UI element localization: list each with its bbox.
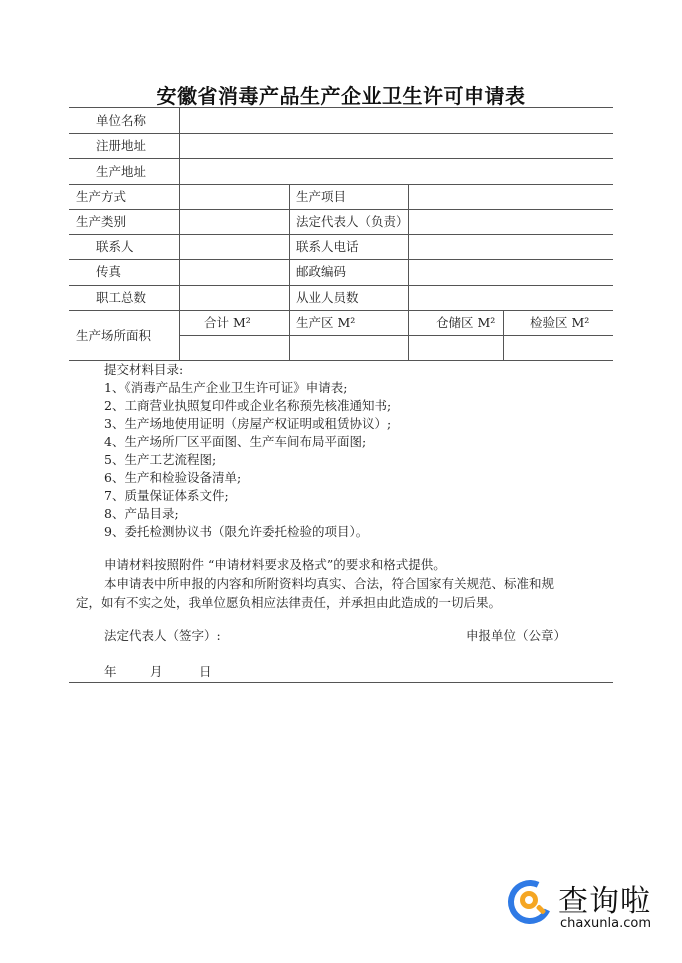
field-production-mode[interactable] (182, 184, 287, 209)
field-contact-phone[interactable] (411, 234, 611, 259)
note-declaration-cont: 定，如有不实之处，我单位愿负相应法律责任，并承担由此造成的一切后果。 (76, 594, 501, 612)
field-production-item[interactable] (411, 184, 611, 209)
field-legal-representative[interactable] (411, 209, 611, 234)
signature-bottom-rule (69, 682, 613, 683)
materials-heading: 提交材料目录: (104, 361, 183, 379)
watermark-logo: 查询啦 chaxunla.com (508, 876, 668, 936)
label-production-category: 生产类别 (76, 209, 126, 234)
date-year-label: 年 (104, 663, 117, 681)
header-area-inspection: 检验区 M² (530, 310, 589, 335)
label-registered-address: 注册地址 (96, 133, 146, 158)
logo-brand-text: 查询啦 (558, 876, 651, 920)
field-area-production[interactable] (292, 335, 406, 360)
field-area-inspection[interactable] (506, 335, 611, 360)
date-month-label: 月 (150, 663, 163, 681)
field-area-storage[interactable] (411, 335, 501, 360)
field-postal-code[interactable] (411, 259, 611, 284)
field-fax[interactable] (182, 259, 287, 284)
field-area-total[interactable] (182, 335, 287, 360)
table-col-divider (289, 184, 290, 360)
field-practitioners[interactable] (411, 285, 611, 310)
materials-item: 6、生产和检验设备清单; (104, 469, 241, 487)
materials-item: 5、生产工艺流程图; (104, 451, 216, 469)
field-unit-name[interactable] (182, 108, 610, 133)
field-registered-address[interactable] (182, 133, 610, 158)
header-area-production: 生产区 M² (296, 310, 355, 335)
label-postal-code: 邮政编码 (296, 259, 346, 284)
header-area-total: 合计 M² (204, 310, 251, 335)
label-production-mode: 生产方式 (76, 184, 126, 209)
legal-rep-signature-label: 法定代表人（签字）: (104, 627, 221, 645)
note-format: 申请材料按照附件 “申请材料要求及格式”的要求和格式提供。 (104, 556, 446, 574)
label-practitioners: 从业人员数 (296, 285, 359, 310)
label-total-staff: 职工总数 (96, 285, 146, 310)
table-col-divider (503, 310, 504, 360)
field-total-staff[interactable] (182, 285, 287, 310)
materials-item: 2、工商营业执照复印件或企业名称预先核准通知书; (104, 397, 391, 415)
header-area-storage: 仓储区 M² (436, 310, 495, 335)
label-production-item: 生产项目 (296, 184, 346, 209)
field-production-address[interactable] (182, 159, 610, 184)
materials-item: 7、质量保证体系文件; (104, 487, 229, 505)
table-col-divider (179, 107, 180, 360)
date-day-label: 日 (199, 663, 212, 681)
materials-item: 8、产品目录; (104, 505, 179, 523)
label-contact-person: 联系人 (96, 234, 134, 259)
materials-item: 4、生产场所厂区平面图、生产车间布局平面图; (104, 433, 366, 451)
label-production-address: 生产地址 (96, 159, 146, 184)
unit-seal-label: 申报单位（公章） (466, 627, 566, 645)
logo-brand-url: chaxunla.com (560, 916, 651, 931)
label-fax: 传真 (96, 259, 121, 284)
page-title: 安徽省消毒产品生产企业卫生许可申请表 (0, 80, 682, 109)
field-production-category[interactable] (182, 209, 287, 234)
label-legal-representative: 法定代表人（负责） (296, 209, 409, 234)
materials-item: 9、委托检测协议书（限允许委托检验的项目）。 (104, 523, 368, 541)
note-declaration: 本申请表中所申报的内容和所附资料均真实、合法，符合国家有关规范、标准和规 (104, 575, 554, 593)
label-contact-phone: 联系人电话 (296, 234, 359, 259)
materials-item: 1、《消毒产品生产企业卫生许可证》申请表; (104, 379, 347, 397)
label-site-area: 生产场所面积 (76, 323, 151, 348)
label-unit-name: 单位名称 (96, 108, 146, 133)
field-contact-person[interactable] (182, 234, 287, 259)
materials-item: 3、生产场地使用证明（房屋产权证明或租赁协议）; (104, 415, 391, 433)
